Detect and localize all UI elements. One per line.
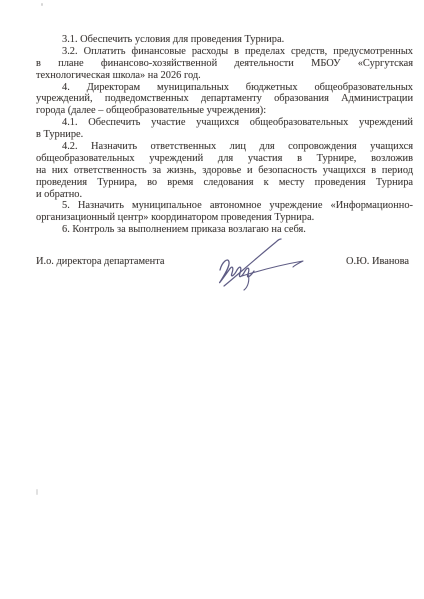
document-body-text: 3.1. Обеспечить условия для проведения Т… [36,34,413,236]
signature-block: И.о. директора департамента О.Ю. Иванова [36,256,409,268]
text-line: в плане финансово-хозяйственной деятельн… [36,58,413,70]
scanned-document-page: 3.1. Обеспечить условия для проведения Т… [0,0,424,599]
text-line: 4.2. Назначить ответственных лиц для соп… [36,141,413,153]
text-line: проведения Турнира, во время следования … [36,177,413,189]
signer-position-label: И.о. директора департамента [36,256,165,268]
text-line: 3.1. Обеспечить условия для проведения Т… [36,34,413,46]
text-line: в Турнире. [36,129,413,141]
text-line: города (далее – общеобразовательные учре… [36,105,413,117]
text-line: 4. Директорам муниципальных бюджетных об… [36,82,413,94]
text-line: и обратно. [36,189,413,201]
text-line: учреждений, подведомственных департамент… [36,93,413,105]
scan-artifact [41,3,43,6]
text-line: общеобразовательных учреждений для участ… [36,153,413,165]
text-line: организационный центр» координатором про… [36,212,413,224]
text-line: на них ответственность за жизнь, здоровь… [36,165,413,177]
text-line: технологическая школа» на 2026 год. [36,70,413,82]
text-line: 6. Контроль за выполнением приказа возла… [36,224,413,236]
scan-artifact [36,489,38,495]
signer-name: О.Ю. Иванова [346,256,409,268]
text-line: 5. Назначить муниципальное автономное уч… [36,200,413,212]
text-line: 4.1. Обеспечить участие учащихся общеобр… [36,117,413,129]
text-line: 3.2. Оплатить финансовые расходы в преде… [36,46,413,58]
